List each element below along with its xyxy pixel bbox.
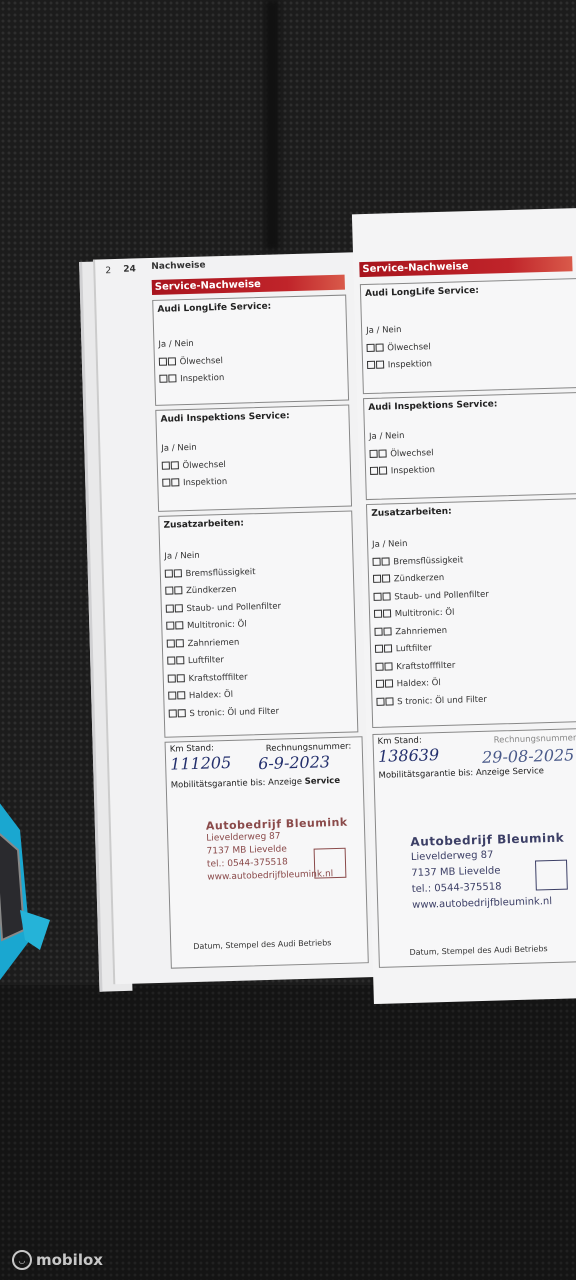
left-record-box: Km Stand: Rechnungsnummer: 111205 6-9-20… — [165, 736, 369, 968]
right-record-box: Km Stand: Rechnungsnummer: 138639 29-08-… — [372, 728, 576, 968]
item-row[interactable]: S tronic: Öl und Filter — [376, 691, 492, 712]
item-row[interactable]: Ölwechsel — [162, 456, 227, 475]
item-row[interactable]: Ölwechsel — [366, 339, 431, 358]
left-zusatz-list: Ja / Nein Bremsflüssigkeit Zündkerzen St… — [164, 546, 284, 724]
item-row[interactable]: Staub- und Pollenfilter — [373, 586, 489, 607]
invoice-value: 6-9-2023 — [258, 752, 330, 773]
watermark-text: mobilox — [36, 1251, 103, 1269]
item-row[interactable]: Inspektion — [162, 474, 227, 493]
left-inspektion-list: Ja / Nein Ölwechsel Inspektion — [161, 439, 227, 493]
left-longlife-box: Audi LongLife Service: Ja / Nein Ölwechs… — [152, 295, 349, 406]
mobilox-logo-icon: ◡ — [12, 1250, 32, 1270]
km-value: 111205 — [170, 753, 232, 774]
left-zusatz-box: Zusatzarbeiten: Ja / Nein Bremsflüssigke… — [158, 510, 358, 737]
header: Ja / Nein — [158, 335, 223, 354]
car-key-icon — [0, 790, 50, 980]
left-zusatz-title: Zusatzarbeiten: — [163, 518, 244, 530]
service-booklet: 2 24 Nachweise Service-Nachweise Audi Lo… — [78, 208, 576, 1012]
left-inspektion-box: Audi Inspektions Service: Ja / Nein Ölwe… — [155, 404, 352, 511]
left-longlife-list: Ja / Nein Ölwechsel Inspektion — [158, 335, 224, 389]
page-number: 24 — [123, 264, 136, 274]
seat-lower-area — [0, 985, 576, 1280]
right-band-title: Service-Nachweise — [359, 256, 572, 277]
checkbox-ja[interactable] — [159, 357, 167, 365]
page-heading: Nachweise — [151, 260, 206, 272]
item-row[interactable]: S tronic: Öl und Filter — [169, 703, 285, 724]
checkbox-nein[interactable] — [168, 357, 176, 365]
left-page: 2 24 Nachweise Service-Nachweise Audi Lo… — [93, 252, 375, 984]
dealer-logo-icon — [314, 848, 347, 879]
left-band-title: Service-Nachweise — [152, 275, 345, 295]
item-row[interactable]: Staub- und Pollenfilter — [166, 598, 282, 619]
left-inspektion-title: Audi Inspektions Service: — [160, 411, 289, 425]
checkbox-ja[interactable] — [159, 375, 167, 383]
item-row[interactable]: Inspektion — [367, 356, 432, 375]
mobility-label: Mobilitätsgarantie bis: Anzeige Service — [171, 776, 341, 791]
checkbox-nein[interactable] — [168, 374, 176, 382]
stamp-footer: Datum, Stempel des Audi Betriebs — [193, 938, 331, 951]
right-longlife-box: Audi LongLife Service: Ja / Nein Ölwechs… — [360, 278, 576, 394]
watermark: ◡ mobilox — [12, 1250, 103, 1270]
dealer-logo-icon — [535, 860, 568, 891]
item-row[interactable]: Ölwechsel — [159, 352, 224, 371]
seat-seam — [265, 0, 279, 250]
item-row[interactable]: Inspektion — [370, 462, 435, 481]
left-longlife-title: Audi LongLife Service: — [157, 302, 271, 315]
side-marker: 2 — [105, 266, 111, 276]
right-inspektion-box: Audi Inspektions Service: Ja / Nein Ölwe… — [363, 392, 576, 500]
right-zusatz-box: Zusatzarbeiten: Ja / Nein Bremsflüssigke… — [366, 498, 576, 728]
right-page: Service-Nachweise Audi LongLife Service:… — [352, 208, 576, 1004]
item-row[interactable]: Ölwechsel — [369, 445, 434, 464]
invoice-value: 29-08-2025 — [482, 745, 575, 767]
item-row[interactable]: Inspektion — [159, 370, 224, 389]
km-value: 138639 — [378, 745, 440, 766]
